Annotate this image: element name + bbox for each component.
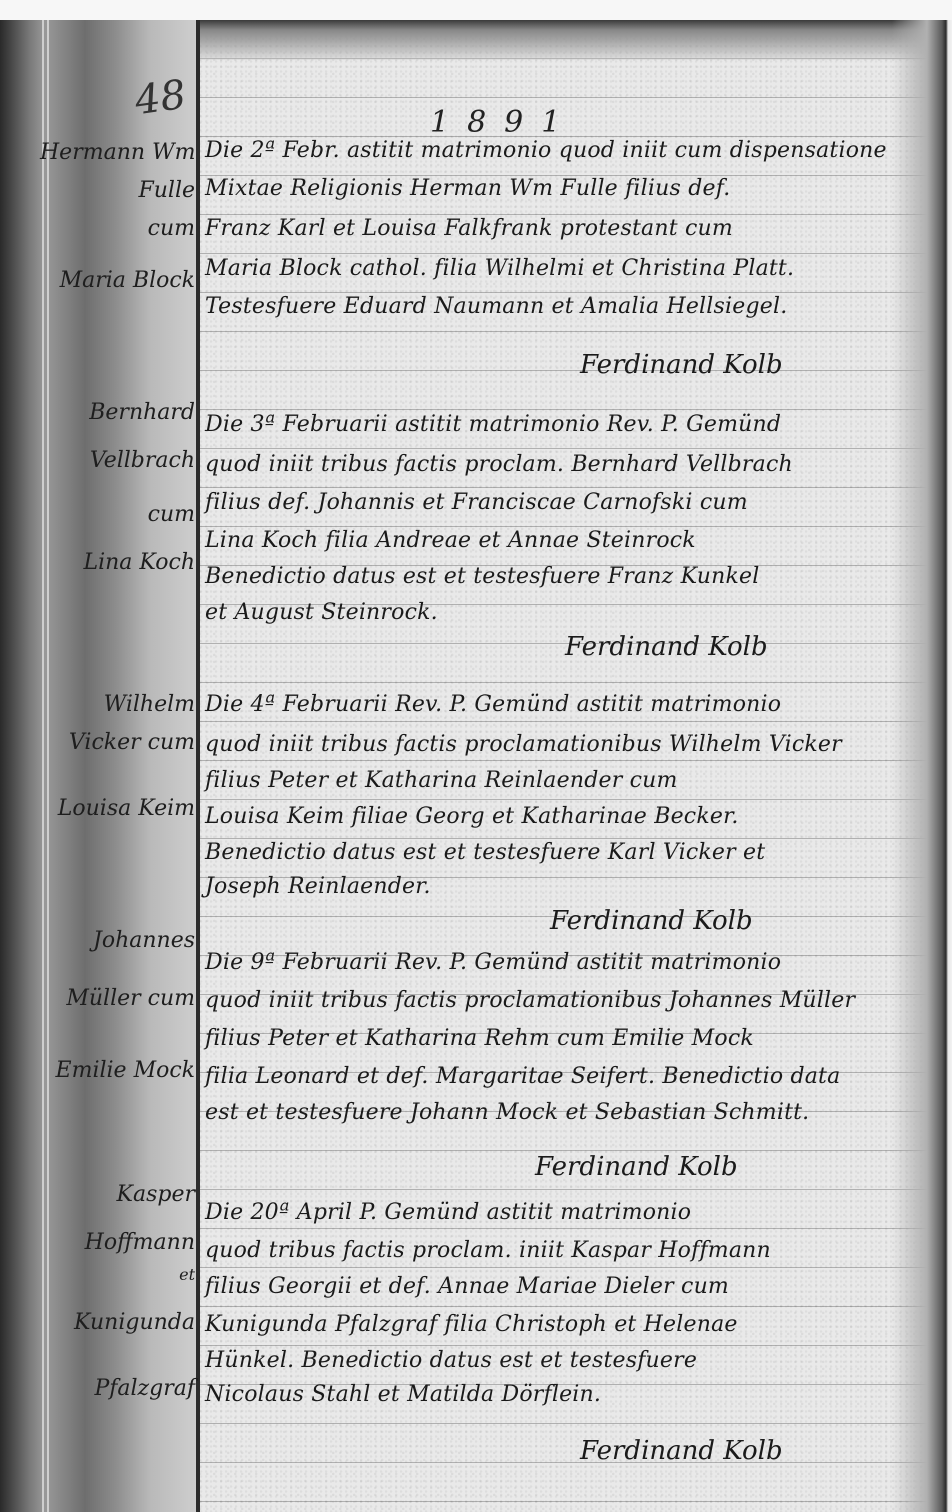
entry-line: quod iniit tribus factis proclamationibu…	[205, 732, 842, 757]
entry-line: Hünkel. Benedictio datus est et testesfu…	[205, 1348, 697, 1373]
entry-line: Die 4ª Februarii Rev. P. Gemünd astitit …	[205, 692, 781, 717]
entry-line: quod iniit tribus factis proclamationibu…	[205, 988, 855, 1013]
entry-line: Die 20ª April P. Gemünd astitit matrimon…	[205, 1200, 691, 1225]
margin-name-line: Pfalzgraf	[40, 1376, 195, 1401]
entry-line: Testesfuere Eduard Naumann et Amalia Hel…	[205, 294, 787, 319]
margin-name-line: cum	[40, 216, 195, 241]
margin-name-line: Wilhelm	[40, 692, 195, 717]
scan-top-border	[0, 0, 952, 20]
margin-name-line: Johannes	[40, 928, 195, 953]
priest-signature: Ferdinand Kolb	[580, 350, 783, 380]
margin-name-line: Maria Block	[40, 268, 195, 293]
entry-line: est et testesfuere Johann Mock et Sebast…	[205, 1100, 809, 1125]
margin-name-line: cum	[40, 502, 195, 527]
register-year: 1891	[430, 105, 578, 140]
entry-line: Kunigunda Pfalzgraf filia Christoph et H…	[205, 1312, 738, 1337]
entry-line: filius Peter et Katharina Reinlaender cu…	[205, 768, 678, 793]
entry-line: Louisa Keim filiae Georg et Katharinae B…	[205, 804, 739, 829]
margin-name-line: Lina Koch	[40, 550, 195, 575]
entry-line: Lina Koch filia Andreae et Annae Steinro…	[205, 528, 696, 553]
binding-shadow	[0, 20, 200, 1512]
margin-name-line: Kunigunda	[40, 1310, 195, 1335]
margin-name-line: Bernhard	[40, 400, 195, 425]
entry-line: filia Leonard et def. Margaritae Seifert…	[205, 1064, 840, 1089]
margin-name-line: Müller cum	[40, 986, 195, 1011]
margin-name-line: et	[40, 1265, 195, 1284]
entry-line: Nicolaus Stahl et Matilda Dörflein.	[205, 1382, 601, 1407]
margin-name-line: Vicker cum	[40, 730, 195, 755]
binding-rule	[42, 20, 44, 1512]
entry-line: Joseph Reinlaender.	[205, 874, 431, 899]
entry-line: Die 9ª Februarii Rev. P. Gemünd astitit …	[205, 950, 781, 975]
margin-name-line: Fulle	[40, 178, 195, 203]
entry-line: Benedictio datus est et testesfuere Fran…	[205, 564, 760, 589]
margin-name-line: Kasper	[40, 1182, 195, 1207]
entry-line: Die 3ª Februarii astitit matrimonio Rev.…	[205, 412, 781, 437]
entry-line: quod tribus factis proclam. iniit Kaspar…	[205, 1238, 771, 1263]
page-number: 48	[132, 72, 189, 125]
entry-line: Maria Block cathol. filia Wilhelmi et Ch…	[205, 256, 794, 281]
entry-line: Mixtae Religionis Herman Wm Fulle filius…	[205, 176, 730, 201]
entry-line: filius Peter et Katharina Rehm cum Emili…	[205, 1026, 754, 1051]
margin-name-line: Hoffmann	[40, 1230, 195, 1255]
priest-signature: Ferdinand Kolb	[565, 632, 768, 662]
margin-name-line: Vellbrach	[40, 448, 195, 473]
margin-name-line: Hermann Wm	[40, 140, 195, 165]
register-page: 48 1891 Hermann Wm Fulle cum Maria Block…	[0, 20, 952, 1512]
entry-line: et August Steinrock.	[205, 600, 438, 625]
entry-line: quod iniit tribus factis proclam. Bernha…	[205, 452, 793, 477]
entry-line: Benedictio datus est et testesfuere Karl…	[205, 840, 765, 865]
priest-signature: Ferdinand Kolb	[550, 906, 753, 936]
entry-line: filius def. Johannis et Franciscae Carno…	[205, 490, 748, 515]
entry-line: filius Georgii et def. Annae Mariae Diel…	[205, 1274, 729, 1299]
entry-line: Franz Karl et Louisa Falkfrank protestan…	[205, 216, 733, 241]
margin-name-line: Emilie Mock	[40, 1058, 195, 1083]
margin-rule	[196, 20, 200, 1512]
priest-signature: Ferdinand Kolb	[535, 1152, 738, 1182]
binding-rule	[47, 20, 49, 1512]
margin-name-line: Louisa Keim	[40, 796, 195, 821]
right-edge-shadow	[892, 20, 952, 1512]
entry-line: Die 2ª Febr. astitit matrimonio quod ini…	[205, 138, 887, 163]
priest-signature: Ferdinand Kolb	[580, 1436, 783, 1466]
